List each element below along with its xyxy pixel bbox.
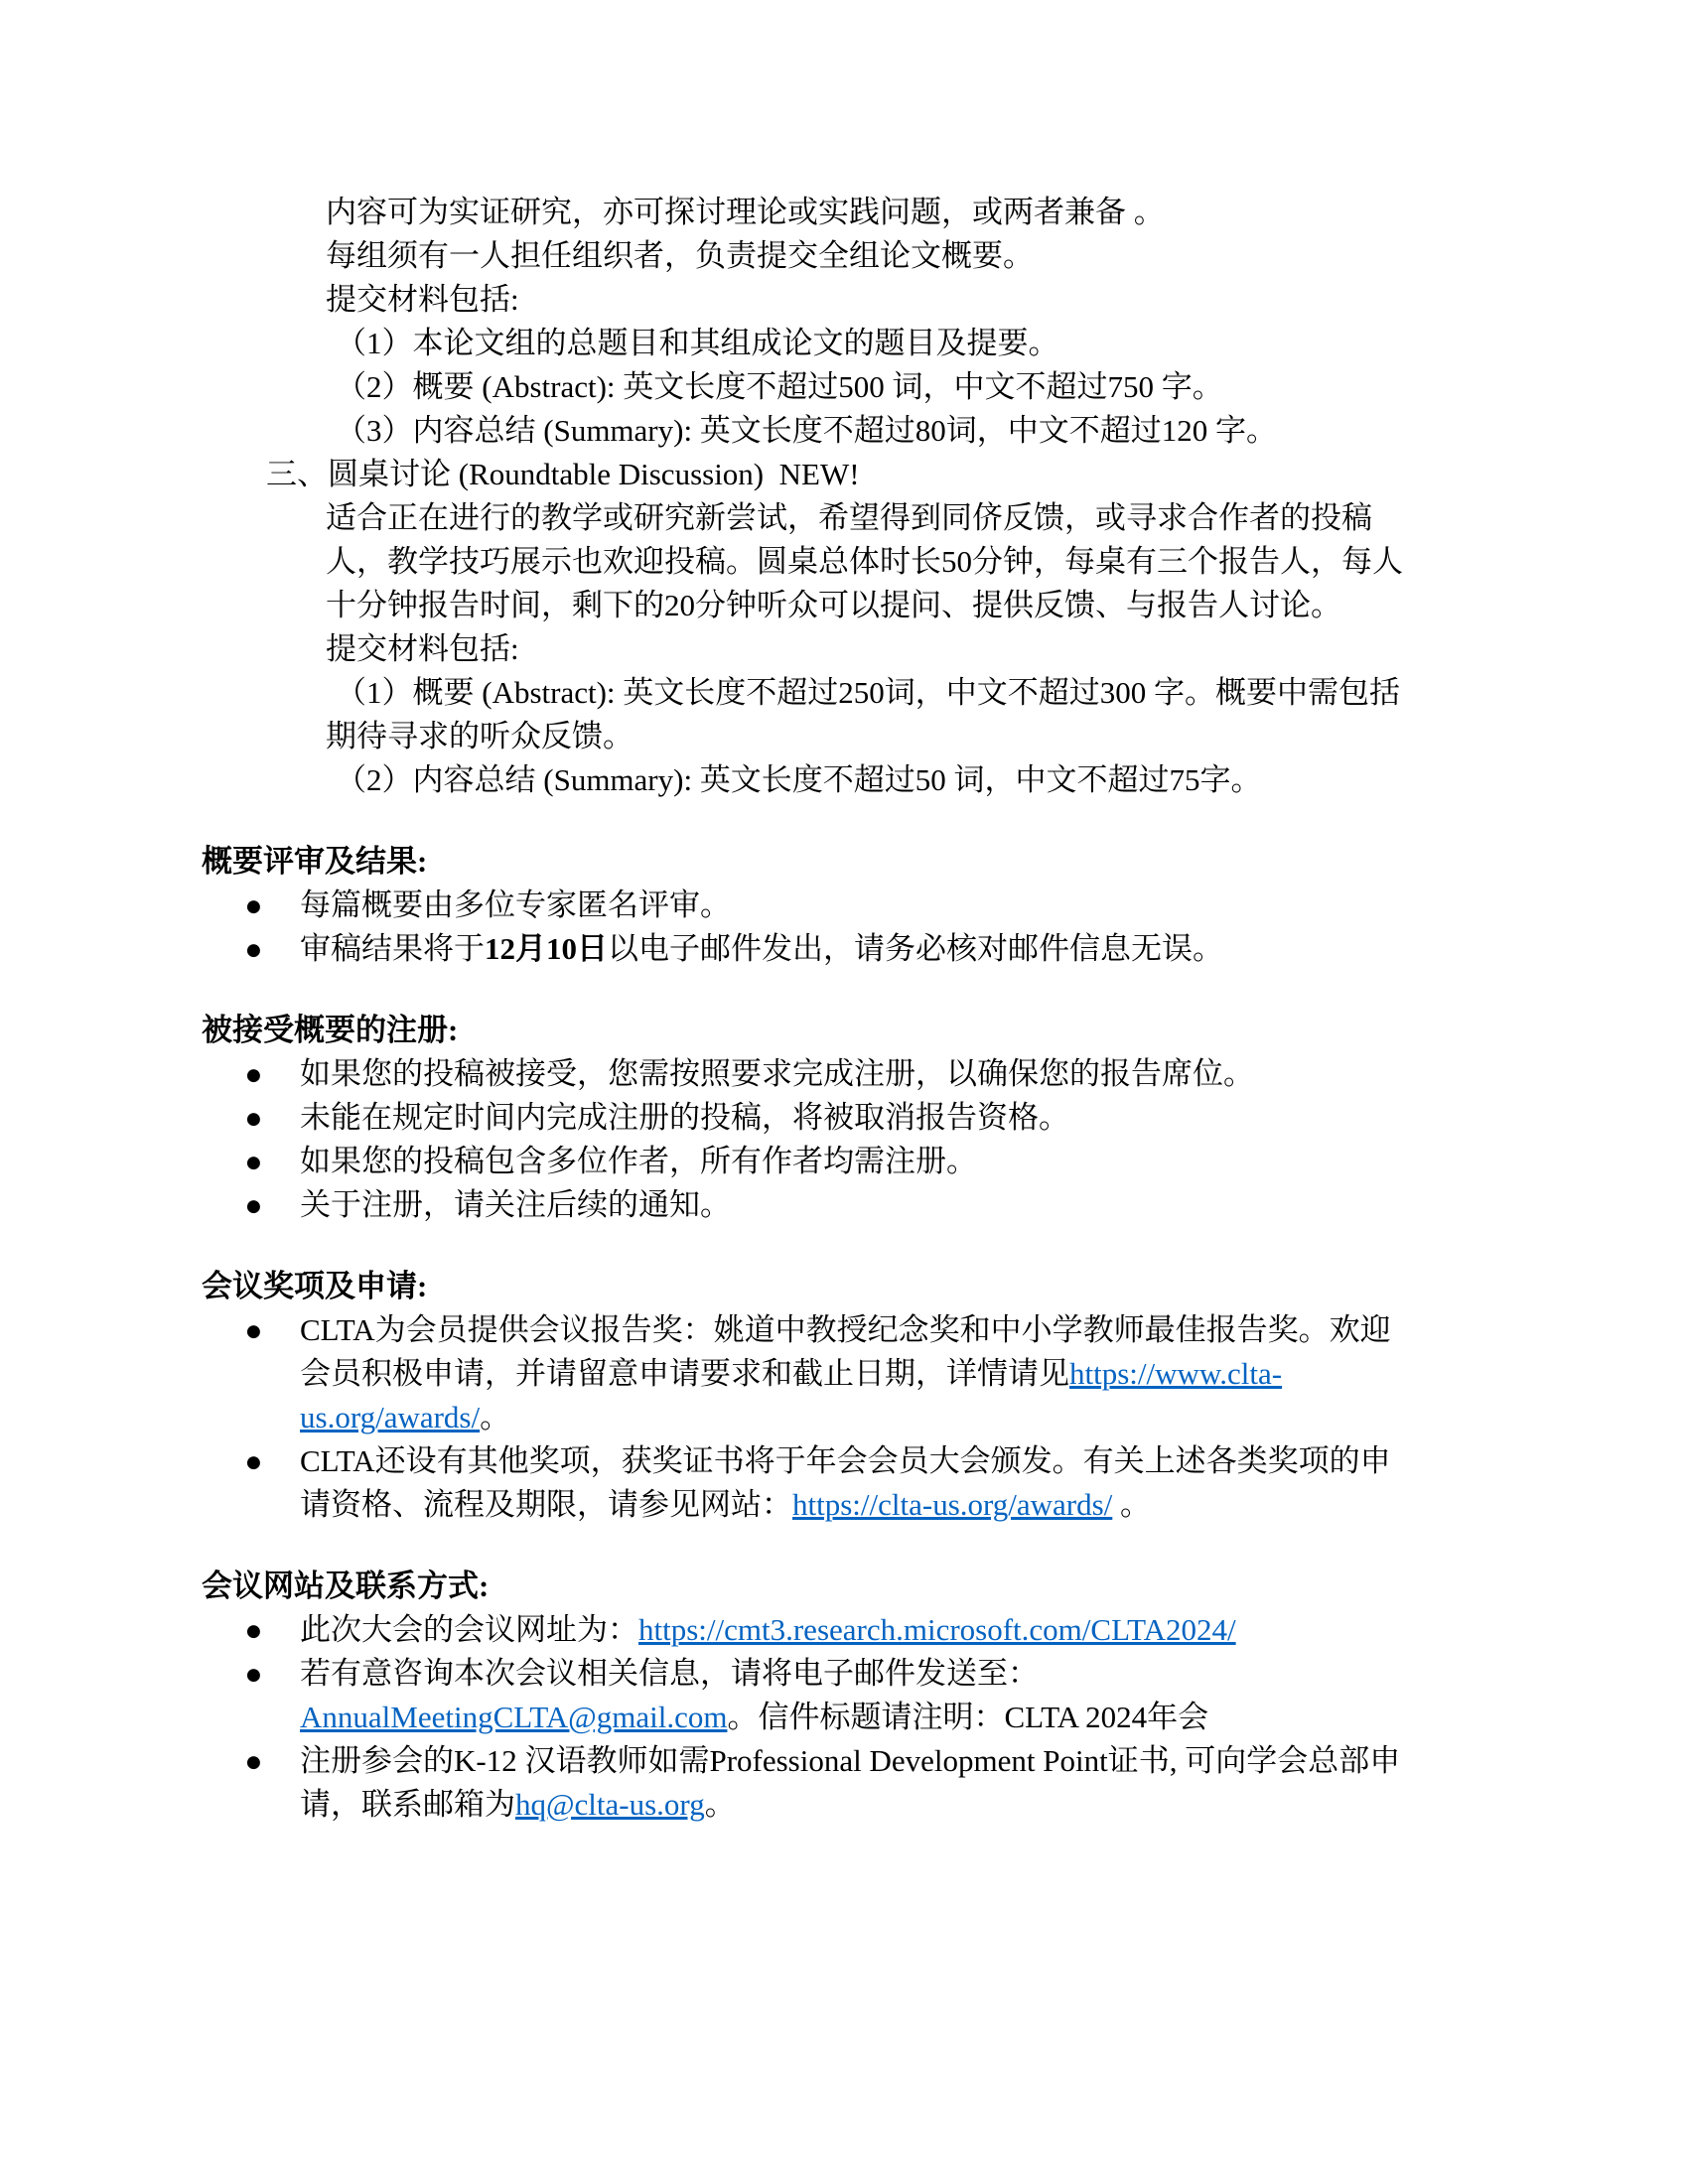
link-annual-meeting-email[interactable]: AnnualMeetingCLTA@gmail.com — [300, 1700, 727, 1734]
bullet-item: ●审稿结果将于12月10日以电子邮件发出，请务必核对邮件信息无误。 — [300, 927, 1688, 971]
section-heading-review: 概要评审及结果: — [202, 840, 1688, 884]
doc-text: 人，教学技巧展示也欢迎投稿。圆桌总体时长50分钟，每桌有三个报告人，每人 — [326, 544, 1403, 579]
link-clta-awards-www[interactable]: https://www.clta- — [1069, 1356, 1282, 1391]
bullet-icon: ● — [246, 1053, 261, 1097]
bullet-item: ●注册参会的K-12 汉语教师如需Professional Developmen… — [300, 1739, 1688, 1783]
link-hq-email[interactable]: hq@clta-us.org — [515, 1787, 705, 1822]
bullet-icon: ● — [246, 928, 261, 972]
doc-line: 每组须有一人担任组织者，负责提交全组论文概要。 — [326, 234, 1688, 278]
bullet-icon: ● — [246, 1141, 261, 1184]
doc-text: 。 — [705, 1787, 736, 1822]
bullet-icon: ● — [246, 885, 261, 928]
doc-text: 提交材料包括: — [326, 631, 519, 666]
doc-line: 人，教学技巧展示也欢迎投稿。圆桌总体时长50分钟，每桌有三个报告人，每人 — [326, 540, 1688, 584]
doc-text: 十分钟报告时间，剩下的20分钟听众可以提问、提供反馈、与报告人讨论。 — [326, 588, 1341, 622]
bullet-icon: ● — [246, 1740, 261, 1784]
doc-text: 若有意咨询本次会议相关信息，请将电子邮件发送至： — [300, 1656, 1039, 1691]
doc-text: 请，联系邮箱为 — [300, 1787, 515, 1822]
bullet-icon: ● — [246, 1097, 261, 1141]
bullet-icon: ● — [246, 1184, 261, 1228]
doc-line: 提交材料包括: — [326, 278, 1688, 322]
bullet-item: ●每篇概要由多位专家匿名评审。 — [300, 884, 1688, 927]
bullet-item: ●此次大会的会议网址为：https://cmt3.research.micros… — [300, 1608, 1688, 1652]
bullet-item: ●未能在规定时间内完成注册的投稿，将被取消报告资格。 — [300, 1096, 1688, 1140]
bullet-icon: ● — [246, 1440, 261, 1484]
doc-text: 每篇概要由多位专家匿名评审。 — [300, 887, 731, 922]
doc-text: 内容可为实证研究，亦可探讨理论或实践问题，或两者兼备 。 — [326, 195, 1165, 229]
document-page: 内容可为实证研究，亦可探讨理论或实践问题，或两者兼备 。 每组须有一人担任组织者… — [0, 0, 1688, 2184]
section-title-roundtable: 三、圆桌讨论 (Roundtable Discussion) NEW! — [266, 453, 1688, 496]
bullet-item-continuation: 请，联系邮箱为hq@clta-us.org。 — [300, 1783, 1688, 1827]
doc-text: 关于注册，请关注后续的通知。 — [300, 1187, 731, 1222]
doc-text: 未能在规定时间内完成注册的投稿，将被取消报告资格。 — [300, 1100, 1069, 1135]
section-heading-awards: 会议奖项及申请: — [202, 1265, 1688, 1308]
doc-line: 内容可为实证研究，亦可探讨理论或实践问题，或两者兼备 。 — [326, 191, 1688, 234]
doc-text: 适合正在进行的教学或研究新尝试，希望得到同侪反馈，或寻求合作者的投稿 — [326, 500, 1372, 535]
doc-text: 以电子邮件发出，请务必核对邮件信息无误。 — [608, 931, 1223, 966]
doc-text: （1）本论文组的总题目和其组成论文的题目及提要。 — [336, 326, 1059, 360]
section-heading-registration: 被接受概要的注册: — [202, 1009, 1688, 1052]
doc-text: 审稿结果将于 — [300, 931, 485, 966]
doc-text: 注册参会的K-12 汉语教师如需Professional Development… — [300, 1743, 1400, 1778]
doc-text: 请资格、流程及期限，请参见网站： — [300, 1487, 792, 1522]
doc-text: 。信件标题请注明：CLTA 2024年会 — [727, 1700, 1208, 1734]
bullet-item: ●若有意咨询本次会议相关信息，请将电子邮件发送至： — [300, 1652, 1688, 1696]
doc-line-numbered: （3）内容总结 (Summary): 英文长度不超过80词，中文不超过120 字… — [336, 409, 1688, 453]
bullet-item: ●关于注册，请关注后续的通知。 — [300, 1183, 1688, 1227]
doc-text: （3）内容总结 (Summary): 英文长度不超过80词，中文不超过120 字… — [336, 413, 1277, 448]
bullet-item: ●CLTA还设有其他奖项，获奖证书将于年会会员大会颁发。有关上述各类奖项的申 — [300, 1439, 1688, 1483]
bullet-icon: ● — [246, 1309, 261, 1353]
doc-text: 每组须有一人担任组织者，负责提交全组论文概要。 — [326, 238, 1034, 273]
doc-line-numbered: （1）本论文组的总题目和其组成论文的题目及提要。 — [336, 322, 1688, 365]
doc-line-numbered: （2）内容总结 (Summary): 英文长度不超过50 词，中文不超过75字。 — [336, 758, 1688, 802]
bullet-item: ●如果您的投稿包含多位作者，所有作者均需注册。 — [300, 1140, 1688, 1183]
doc-line: 十分钟报告时间，剩下的20分钟听众可以提问、提供反馈、与报告人讨论。 — [326, 584, 1688, 627]
doc-line: 期待寻求的听众反馈。 — [326, 715, 1688, 758]
doc-text: 如果您的投稿包含多位作者，所有作者均需注册。 — [300, 1144, 977, 1178]
link-clta-awards-www-wrap[interactable]: us.org/awards/ — [300, 1400, 480, 1434]
doc-text: 。 — [480, 1400, 510, 1434]
section-heading-contact: 会议网站及联系方式: — [202, 1565, 1688, 1608]
bullet-item-continuation: 会员积极申请，并请留意申请要求和截止日期，详情请见https://www.clt… — [300, 1352, 1688, 1396]
doc-text: （2）内容总结 (Summary): 英文长度不超过50 词，中文不超过75字。 — [336, 762, 1262, 797]
document-content: 内容可为实证研究，亦可探讨理论或实践问题，或两者兼备 。 每组须有一人担任组织者… — [0, 0, 1688, 1827]
bullet-item-continuation: 请资格、流程及期限，请参见网站：https://clta-us.org/awar… — [300, 1483, 1688, 1527]
doc-text: 提交材料包括: — [326, 282, 519, 317]
link-cmt3-conference-site[interactable]: https://cmt3.research.microsoft.com/CLTA… — [638, 1612, 1236, 1647]
doc-text: （2）概要 (Abstract): 英文长度不超过500 词，中文不超过750 … — [336, 369, 1223, 404]
bullet-icon: ● — [246, 1653, 261, 1697]
doc-line-numbered: （1）概要 (Abstract): 英文长度不超过250词，中文不超过300 字… — [336, 671, 1688, 715]
doc-text: 三、圆桌讨论 (Roundtable Discussion) NEW! — [266, 457, 860, 491]
doc-text: 会员积极申请，并请留意申请要求和截止日期，详情请见 — [300, 1356, 1069, 1391]
doc-text: 如果您的投稿被接受，您需按照要求完成注册，以确保您的报告席位。 — [300, 1056, 1254, 1091]
doc-text: 。 — [1112, 1487, 1151, 1522]
doc-line: 提交材料包括: — [326, 627, 1688, 671]
doc-text: CLTA还设有其他奖项，获奖证书将于年会会员大会颁发。有关上述各类奖项的申 — [300, 1443, 1391, 1478]
doc-text: CLTA为会员提供会议报告奖：姚道中教授纪念奖和中小学教师最佳报告奖。欢迎 — [300, 1312, 1391, 1347]
doc-line: 适合正在进行的教学或研究新尝试，希望得到同侪反馈，或寻求合作者的投稿 — [326, 496, 1688, 540]
bullet-item-continuation: AnnualMeetingCLTA@gmail.com。信件标题请注明：CLTA… — [300, 1696, 1688, 1739]
bullet-icon: ● — [246, 1609, 261, 1653]
doc-line-numbered: （2）概要 (Abstract): 英文长度不超过500 词，中文不超过750 … — [336, 365, 1688, 409]
doc-text: 此次大会的会议网址为： — [300, 1612, 638, 1647]
review-date-bold: 12月10日 — [485, 931, 608, 966]
link-clta-awards[interactable]: https://clta-us.org/awards/ — [792, 1487, 1112, 1522]
bullet-item-continuation: us.org/awards/。 — [300, 1396, 1688, 1439]
bullet-item: ●CLTA为会员提供会议报告奖：姚道中教授纪念奖和中小学教师最佳报告奖。欢迎 — [300, 1308, 1688, 1352]
bullet-item: ●如果您的投稿被接受，您需按照要求完成注册，以确保您的报告席位。 — [300, 1052, 1688, 1096]
doc-text: 期待寻求的听众反馈。 — [326, 719, 633, 753]
doc-text: （1）概要 (Abstract): 英文长度不超过250词，中文不超过300 字… — [336, 675, 1400, 710]
